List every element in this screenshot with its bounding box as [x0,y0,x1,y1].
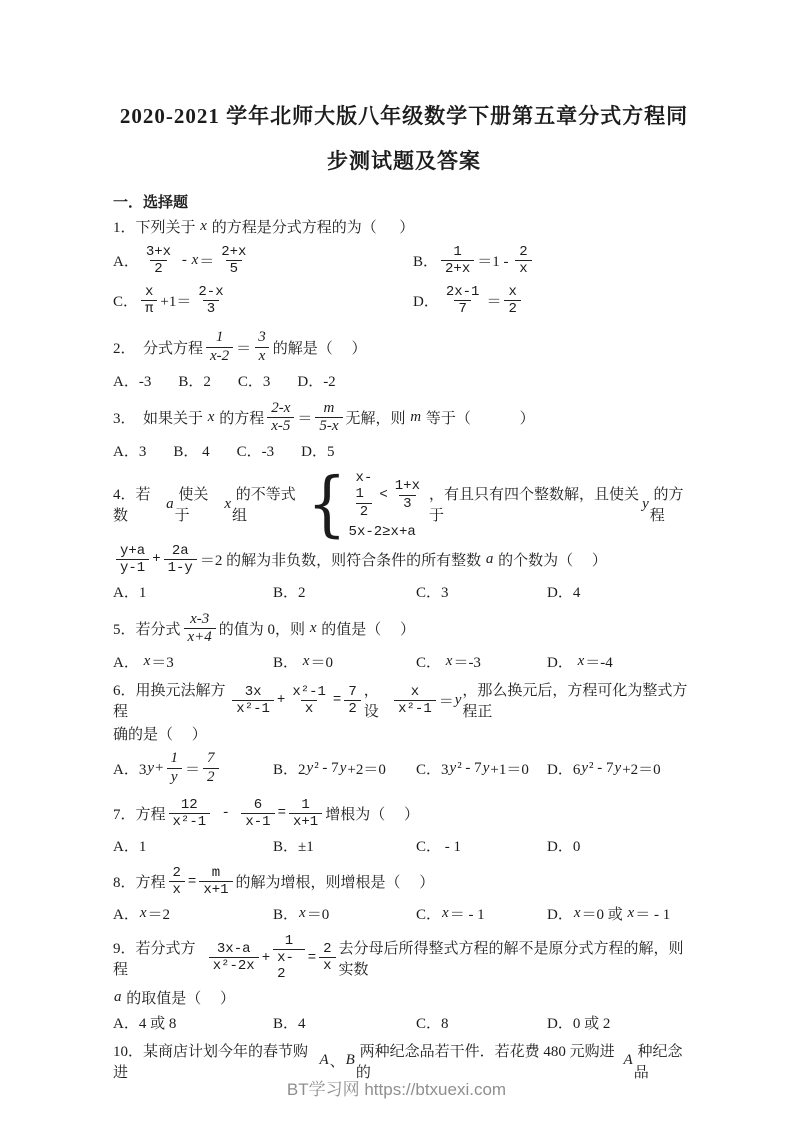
text-run: B． [273,651,302,672]
text-run: C． [416,651,445,672]
text-run: D．5 [301,440,334,461]
fraction-numerator: 7 [344,684,360,700]
math-variable: y [580,760,589,777]
text-run: ＝0 或 [582,903,627,924]
fraction: 2x [515,244,531,277]
fraction-numerator: 6 [250,797,266,813]
text-run: 增根为（ ） [325,803,419,824]
fraction-numerator: 2-x [267,400,294,417]
fraction: 2x [319,941,335,974]
fraction: x-12 [352,470,377,519]
text-run: C．3 [238,370,271,391]
text-run: ，有且只有四个整数解，且使关于 [429,483,641,525]
fraction: 1y [166,750,182,786]
math-variable: x [573,905,582,922]
text-run: B．2 [273,758,306,779]
text-run: C．3 [416,581,449,602]
math-variable: y [449,760,458,777]
math-run: + [277,692,285,708]
question-6-line-2: 确的是（ ） [113,722,695,745]
math-variable: x [139,905,148,922]
math-variable: y [306,760,315,777]
math-run: = [188,874,196,890]
section-heading: 一．选择题 [113,191,695,212]
math-variable: x [309,620,318,637]
math-variable: y [146,760,155,777]
text-run: 1．下列关于 [113,216,199,237]
option-c: C．3 [238,370,271,391]
text-run: 的取值是（ ） [123,987,236,1008]
footer-watermark: BT学习网 https://btxuexi.com [0,1075,793,1100]
question-4-options: A．1B．2C．3D．4 [113,581,695,602]
text-run: ＝ - 1 [635,903,670,924]
text-run: B． [273,903,298,924]
fraction-numerator: 1 [281,933,297,949]
text-run: C． - 1 [416,835,461,856]
math-variable: y [614,760,623,777]
fraction-denominator: y [167,768,182,786]
text-run: 9．若分式方程 [113,937,206,979]
fraction-numerator: 2 [515,244,531,260]
text-run: ² - 7 [457,760,482,777]
fraction-numerator: 1 [297,797,313,813]
fraction-denominator: x-5 [267,417,294,435]
text-run: A．1 [113,581,146,602]
option-a: A．4 或 8 [113,1012,273,1033]
option-c: C． - 1 [416,835,547,856]
fraction-numerator: 3+x [142,244,175,260]
text-run: D． [547,903,573,924]
fraction-numerator: 1 [449,244,465,260]
option-d: D．5 [301,440,334,461]
fraction-denominator: x²-1 [394,700,436,717]
text-run: 的值为 0，则 [219,618,309,639]
text-run: 4．若数 [113,483,165,525]
fraction: x²-1x [288,684,330,717]
question-9-options: A．4 或 8B．4C．8D．0 或 2 [113,1012,695,1033]
text-run: D．6 [547,758,580,779]
question-5: 5．若分式x-3x+4的值为 0，则 x 的值是（ ）A． x＝3B． x＝0C… [113,609,695,673]
text-run: ＝0 [307,903,330,924]
option-c: C．8 [416,1012,547,1033]
text-run: B． 4 [173,440,209,461]
text-run: A．1 [113,835,146,856]
question-5-options: A． x＝3B． x＝0C． x＝-3D． x＝-4 [113,651,695,672]
option-c: C．-3 [237,440,275,461]
option-d: D． x＝-4 [547,651,613,672]
text-run: 、 [330,1050,345,1071]
text-run: ＝3 [151,651,174,672]
fraction: xx²-1 [394,684,436,717]
math-run: = [308,950,316,966]
question-3: 3． 如果关于 x 的方程2-xx-5＝m5-x无解，则 m 等于（ ）A．3B… [113,398,695,462]
text-run: B．±1 [273,835,314,856]
option-a: A．1 [113,581,273,602]
inequality-system: {x-12<1+x35x-2≥x+a [307,468,427,539]
question-3-line-1: 3． 如果关于 x 的方程2-xx-5＝m5-x无解，则 m 等于（ ） [113,398,695,438]
text-run: 7．方程 [113,803,166,824]
fraction: x-3x+4 [184,611,216,647]
text-run: - [178,252,191,269]
fraction-denominator: x [301,700,317,717]
text-run: C．3 [416,758,449,779]
fraction-numerator: x²-1 [288,684,330,700]
fraction-denominator: x²-1 [169,813,211,830]
option-c: C．xπ+1＝2-x3 [113,282,413,319]
fraction-numerator: 12 [177,797,202,813]
text-run: 的方程 [215,407,264,428]
math-variable: A [623,1052,634,1069]
fraction-denominator: x-2 [206,347,233,365]
question-1-options: A．3+x2 - x＝2+x5B．12+x＝1 - 2xC．xπ+1＝2-x3D… [113,241,695,320]
fraction: 1x-2 [206,329,233,365]
math-variable: m [409,409,422,426]
option-c: C．3 [416,581,547,602]
fraction-numerator: 1 [212,329,228,346]
text-run: C．8 [416,1012,449,1033]
option-b: B．12+x＝1 - 2x [413,242,695,279]
math-variable: y [339,760,348,777]
fraction-denominator: 5 [226,260,242,277]
question-5-line-1: 5．若分式x-3x+4的值为 0，则 x 的值是（ ） [113,609,695,649]
text-run: ＝1 - [477,250,512,271]
fraction: 2-xx-5 [267,400,294,436]
text-run: +1＝0 [490,758,528,779]
fraction: 12x²-1 [169,797,211,830]
text-run: D． [547,651,577,672]
question-6-line-1: 6．用换元法解方程3xx²-1+x²-1x=72，设xx²-1＝y，那么换元后，… [113,679,695,721]
option-b: B． 4 [173,440,209,461]
fraction: m5-x [315,400,342,436]
fraction-numerator: x [504,284,520,300]
text-run: 无解，则 [346,407,410,428]
question-7: 7．方程12x²-1 - 6x-1=1x+1增根为（ ）A．1B．±1C． - … [113,795,695,856]
math-variable: x [199,218,208,235]
fraction: y+ay-1 [116,543,149,576]
question-4-line-2: y+ay-1+2a1-y＝2 的解为非负数，则符合条件的所有整数 a 的个数为（… [113,541,695,578]
math-run: - [213,805,238,821]
option-b: B．±1 [273,835,416,856]
fraction: 3xx²-1 [232,684,274,717]
option-b: B．4 [273,1012,416,1033]
option-d: D．6y² - 7y+2＝0 [547,758,661,779]
math-run: < [379,487,387,503]
text-run: ＝ [439,690,454,711]
math-variable: x [298,905,307,922]
fraction-denominator: x+1 [289,813,322,830]
fraction: 1x-2 [273,933,305,982]
questions-container: 1．下列关于 x 的方程是分式方程的为（ ）A．3+x2 - x＝2+x5B．1… [113,215,695,1082]
text-run: 8．方程 [113,871,166,892]
fraction-denominator: 2 [150,260,166,277]
text-run: 等于（ ） [422,407,535,428]
fraction-denominator: x+1 [199,881,232,898]
document-title: 2020-2021 学年北师大版八年级数学下册第五章分式方程同 步测试题及答案 [113,94,695,184]
text-run: A．-3 [113,370,151,391]
fraction-denominator: 2 [203,768,219,786]
question-1: 1．下列关于 x 的方程是分式方程的为（ ）A．3+x2 - x＝2+x5B．1… [113,215,695,320]
fraction-denominator: 3 [399,495,415,512]
question-2: 2． 分式方程1x-2＝3x的解是（ ）A．-3B．2C．3D．-2 [113,327,695,391]
math-variable: x [302,653,311,670]
fraction-numerator: x [407,684,423,700]
question-6: 6．用换元法解方程3xx²-1+x²-1x=72，设xx²-1＝y，那么换元后，… [113,679,695,788]
text-run: A． [113,250,139,271]
text-run: +1＝ [160,290,191,311]
text-run: B．2 [273,581,306,602]
fraction-numerator: m [320,400,339,417]
fraction-denominator: x [255,347,270,365]
option-a: A．1 [113,835,273,856]
fraction-numerator: 7 [203,750,219,767]
fraction: mx+1 [199,865,232,898]
text-run: ＝-4 [585,651,613,672]
text-run: 5．若分式 [113,618,181,639]
text-run: A．3 [113,758,146,779]
option-d: D．4 [547,581,580,602]
option-c: C．3y² - 7y+1＝0 [416,758,547,779]
question-6-options: A．3y+1y＝72B．2y² - 7y+2＝0C．3y² - 7y+1＝0D．… [113,748,695,788]
fraction: 1x+1 [289,797,322,830]
option-a: A． x＝3 [113,651,273,672]
question-4: 4．若数 a 使关于 x 的不等式组{x-12<1+x35x-2≥x+a，有且只… [113,468,695,601]
text-run: 的个数为（ ） [494,549,607,570]
left-brace-icon: { [307,472,346,536]
question-2-options: A．-3B．2C．3D．-2 [113,370,695,391]
fraction-numerator: 3 [254,329,270,346]
fraction-denominator: 2+x [441,260,474,277]
question-7-line-1: 7．方程12x²-1 - 6x-1=1x+1增根为（ ） [113,795,695,832]
text-run: ＝ [297,407,312,428]
fraction-numerator: x-1 [352,470,377,502]
text-run: D．4 [547,581,580,602]
math-variable: y [641,496,650,513]
fraction-denominator: 1-y [164,559,197,576]
text-run: 3． 如果关于 [113,407,207,428]
math-variable: x [223,496,232,513]
fraction: 2x [169,865,185,898]
footer-link[interactable]: BT学习网 https://btxuexi.com [287,1080,506,1099]
option-d: D．-2 [297,370,335,391]
text-run: + [155,760,163,777]
fraction-denominator: y-1 [116,559,149,576]
fraction-numerator: 1 [166,750,182,767]
text-run: +2＝0 [622,758,660,779]
option-b: B．2 [273,581,416,602]
question-3-options: A．3B． 4C．-3D．5 [113,440,695,461]
fraction: 12+x [441,244,474,277]
question-8-options: A．x＝2B．x＝0C．x＝ - 1D．x＝0 或 x＝ - 1 [113,903,695,924]
text-run: A． [113,903,139,924]
option-d: D．x＝0 或 x＝ - 1 [547,903,670,924]
text-run: A． [113,651,143,672]
fraction-numerator: 2+x [217,244,250,260]
text-run: C． [416,903,441,924]
math-variable: x [143,653,152,670]
fraction-denominator: x [169,881,185,898]
math-variable: A [318,1052,329,1069]
math-variable: x [441,905,450,922]
fraction-denominator: 2 [356,503,372,520]
fraction: 6x-1 [241,797,274,830]
text-run: B． [413,250,438,271]
fraction: 1+x3 [391,478,424,511]
text-run: 的解是（ ） [273,337,367,358]
fraction-denominator: x-1 [241,813,274,830]
option-a: A．x＝2 [113,903,273,924]
fraction: x2 [504,284,520,317]
math-variable: a [113,989,123,1006]
option-c: C． x＝-3 [416,651,547,672]
option-a: A．3y+1y＝72 [113,748,273,788]
fraction: xπ [141,284,157,317]
fraction-denominator: 2 [504,300,520,317]
fraction-numerator: 2a [168,543,193,559]
question-8-line-1: 8．方程2x=mx+1的解为增根，则增根是（ ） [113,863,695,900]
fraction-numerator: 3x-a [213,941,255,957]
option-b: B． x＝0 [273,651,416,672]
text-run: D． [413,290,439,311]
text-run: 的不等式组 [232,483,305,525]
fraction-denominator: 2 [344,700,360,717]
text-run: ＝0 [310,651,333,672]
text-run: ＝ [185,758,200,779]
fraction-numerator: m [208,865,224,881]
fraction: 2x-17 [442,284,484,317]
text-run: ＝ [486,290,501,311]
fraction-denominator: x²-2x [209,957,259,974]
text-run: ＝ [236,337,251,358]
text-run: B．4 [273,1012,306,1033]
text-run: 的解为增根，则增根是（ ） [236,871,435,892]
system-rows: x-12<1+x35x-2≥x+a [349,468,427,539]
text-run: 6．用换元法解方程 [113,679,229,721]
fraction: 72 [203,750,219,786]
text-run: 的方程 [650,483,695,525]
fraction-denominator: 5-x [315,417,342,435]
text-run: ² - 7 [314,760,339,777]
fraction: 2+x5 [217,244,250,277]
question-9-line-1: 9．若分式方程3x-ax²-2x+1x-2=2x去分母后所得整式方程的解不是原分… [113,931,695,984]
math-run: + [262,950,270,966]
fraction-numerator: x [141,284,157,300]
text-run: B．2 [178,370,211,391]
math-variable: a [165,496,175,513]
text-run: 的方程是分式方程的为（ ） [208,216,414,237]
system-row: 5x-2≥x+a [349,524,427,540]
math-variable: a [485,551,495,568]
fraction-denominator: π [141,300,157,317]
math-variable: y [454,692,463,709]
fraction: 3x [254,329,270,365]
math-run: 5x-2≥x+a [349,524,416,540]
text-run: C．-3 [237,440,275,461]
fraction: 2a1-y [164,543,197,576]
fraction: 72 [344,684,360,717]
text-run: ＝-3 [453,651,481,672]
title-line-1: 2020-2021 学年北师大版八年级数学下册第五章分式方程同 [113,94,695,139]
math-variable: x [577,653,586,670]
fraction-denominator: x-2 [273,949,305,982]
fraction-numerator: 1+x [391,478,424,494]
option-d: D．0 或 2 [547,1012,610,1033]
text-run: ＝2 [148,903,171,924]
question-9-line-2: a 的取值是（ ） [113,986,695,1009]
text-run: 2． 分式方程 [113,337,203,358]
text-run: +2＝0 [347,758,385,779]
text-run: ＝ [199,250,214,271]
fraction-denominator: x+4 [184,628,216,646]
option-d: D．0 [547,835,580,856]
fraction-denominator: 3 [203,300,219,317]
text-run: ，那么换元后，方程可化为整式方程正 [462,679,695,721]
fraction-denominator: x [515,260,531,277]
system-row: x-12<1+x3 [349,468,427,521]
title-line-2: 步测试题及答案 [113,139,695,184]
fraction-numerator: 2-x [194,284,227,300]
option-b: B．2 [178,370,211,391]
question-7-options: A．1B．±1C． - 1D．0 [113,835,695,856]
math-variable: x [445,653,454,670]
fraction-numerator: y+a [116,543,149,559]
fraction-denominator: 7 [454,300,470,317]
math-run: = [333,692,341,708]
question-9: 9．若分式方程3x-ax²-2x+1x-2=2x去分母后所得整式方程的解不是原分… [113,931,695,1032]
option-a: A．3+x2 - x＝2+x5 [113,242,413,279]
text-run: D．0 或 2 [547,1012,610,1033]
text-run: 去分母后所得整式方程的解不是原分式方程的解，则实数 [339,937,695,979]
math-run: + [152,551,160,567]
document-page: 2020-2021 学年北师大版八年级数学下册第五章分式方程同 步测试题及答案 … [0,0,793,1122]
fraction: 3x-ax²-2x [209,941,259,974]
fraction-numerator: 3x [241,684,266,700]
option-b: B．2y² - 7y+2＝0 [273,758,416,779]
math-variable: x [191,252,200,269]
fraction-denominator: x²-1 [232,700,274,717]
option-d: D．2x-17＝x2 [413,282,695,319]
text-run: C． [113,290,138,311]
fraction-numerator: 2 [169,865,185,881]
text-run: ＝2 的解为非负数，则符合条件的所有整数 [200,549,485,570]
math-variable: x [627,905,636,922]
text-run: A．3 [113,440,146,461]
option-c: C．x＝ - 1 [416,903,547,924]
math-variable: x [207,409,216,426]
question-1-line-1: 1．下列关于 x 的方程是分式方程的为（ ） [113,215,695,238]
text-run: 的值是（ ） [317,618,415,639]
fraction-denominator: x [319,957,335,974]
question-4-line-1: 4．若数 a 使关于 x 的不等式组{x-12<1+x35x-2≥x+a，有且只… [113,468,695,539]
question-2-line-1: 2． 分式方程1x-2＝3x的解是（ ） [113,327,695,367]
option-a: A．-3 [113,370,151,391]
text-run: 使关于 [175,483,224,525]
question-8: 8．方程2x=mx+1的解为增根，则增根是（ ）A．x＝2B．x＝0C．x＝ -… [113,863,695,924]
text-run: D．0 [547,835,580,856]
document-content: 2020-2021 学年北师大版八年级数学下册第五章分式方程同 步测试题及答案 … [113,94,695,1083]
fraction: 3+x2 [142,244,175,277]
math-variable: y [482,760,491,777]
fraction: 2-x3 [194,284,227,317]
option-b: B．x＝0 [273,903,416,924]
option-a: A．3 [113,440,146,461]
text-run: ，设 [364,679,391,721]
fraction-numerator: 2x-1 [442,284,484,300]
math-run: = [278,805,286,821]
text-run: ² - 7 [589,760,614,777]
math-variable: B [345,1052,356,1069]
text-run: ＝ - 1 [450,903,485,924]
text-run: A．4 或 8 [113,1012,176,1033]
